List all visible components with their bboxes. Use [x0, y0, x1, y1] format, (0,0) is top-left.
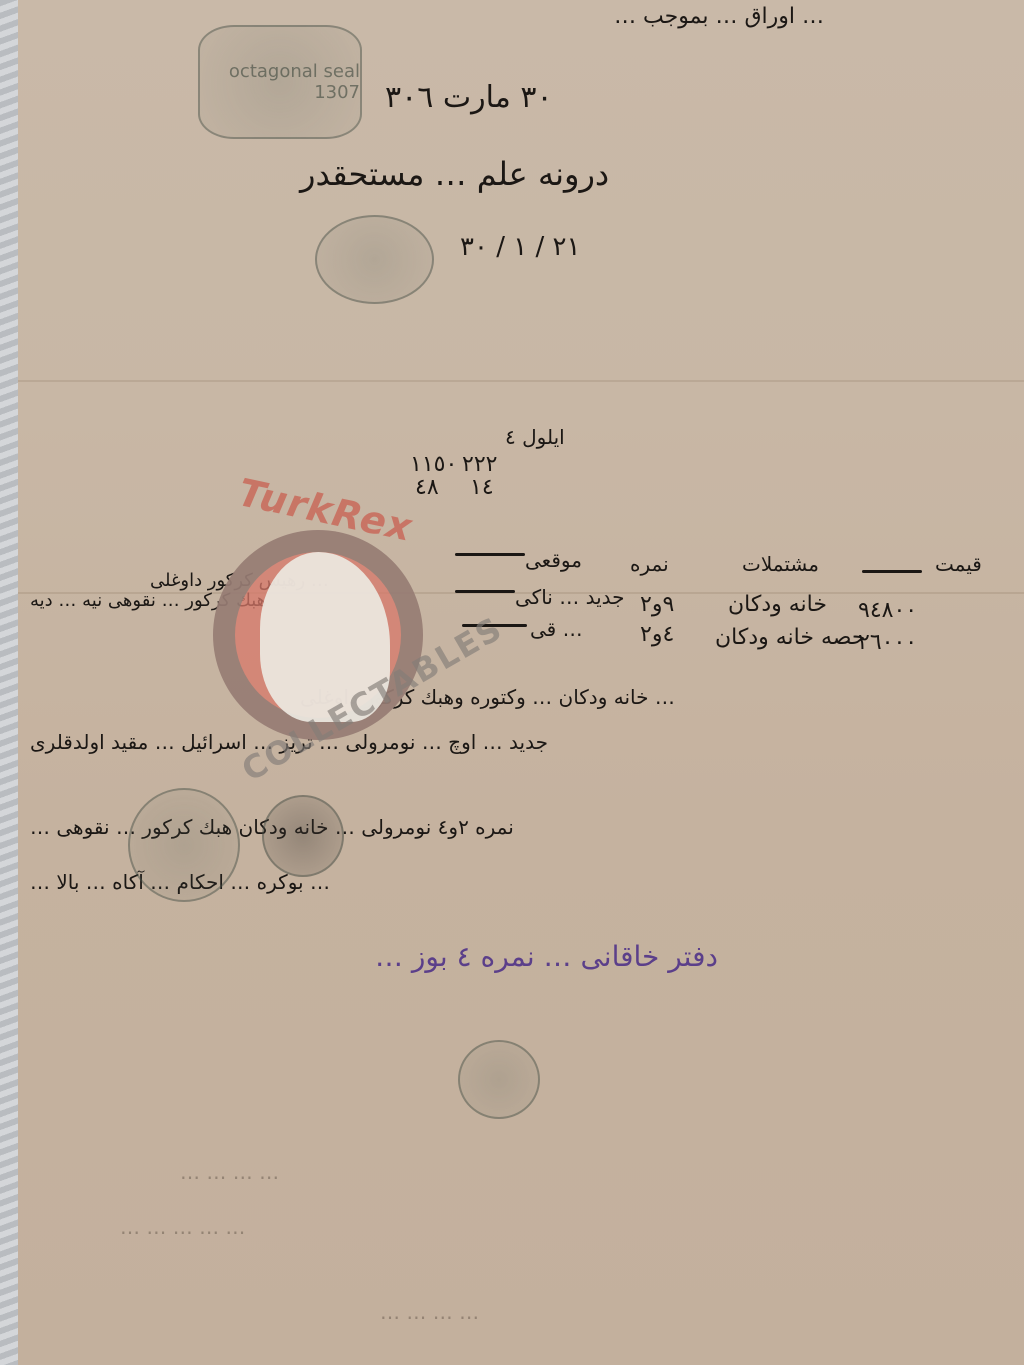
header-line-4: ٢١ / ١ / ٣٠: [460, 232, 580, 262]
round-seal-left: [128, 788, 240, 902]
figures-top-label: ايلول ٤: [505, 425, 565, 449]
table-header-location: موقعى: [525, 548, 582, 572]
row1-value: ٩٤٨٠٠: [858, 598, 917, 623]
row2-value: ٢٦٠٠٠: [858, 630, 917, 655]
fold-line: [18, 380, 1024, 382]
header-date: ٣٠ مارت ٣٠٦: [385, 80, 553, 115]
row1-location: جديد … ناكى: [515, 585, 625, 609]
faded-line-2: … … … … …: [120, 1215, 245, 1239]
header-rule: [455, 553, 525, 556]
purple-signature: دفتر خاقانى … نمره ٤ بوز …: [375, 940, 718, 973]
figure-b1: ٢٢٢: [462, 452, 497, 477]
table-header-value: قيمت: [935, 552, 982, 576]
table-header-contents: مشتملات: [742, 552, 819, 576]
row-rule: [455, 590, 515, 593]
turkrex-watermark: TurkRex COLLECTABLES: [195, 480, 430, 750]
faded-line-3: … … … …: [380, 1300, 479, 1324]
row2-number: ٤و٢: [640, 622, 674, 647]
row1-contents: خانه ودكان: [728, 592, 827, 617]
row2-location: … قى: [530, 617, 583, 641]
faded-line-1: … … … …: [180, 1160, 279, 1184]
round-seal-right: [262, 795, 344, 877]
row2-contents: حصه خانه ودكان: [715, 625, 865, 650]
small-oval-seal: [458, 1040, 540, 1119]
document-paper: [18, 0, 1024, 1365]
header-rule: [862, 570, 922, 573]
figure-a1: ١١٥٠: [410, 452, 457, 477]
row1-number: ٩و٢: [640, 592, 674, 617]
octagonal-seal: octagonal seal 1307: [198, 25, 362, 139]
figure-b2: ١٤: [470, 475, 494, 500]
table-header-number: نمره: [630, 552, 669, 576]
header-line-3: درونه علم … مستحقدر: [300, 155, 609, 193]
seal-text: octagonal seal 1307: [200, 27, 360, 137]
header-line-1: … اوراق … بموجب …: [614, 4, 824, 29]
round-seal-top: [315, 215, 434, 304]
